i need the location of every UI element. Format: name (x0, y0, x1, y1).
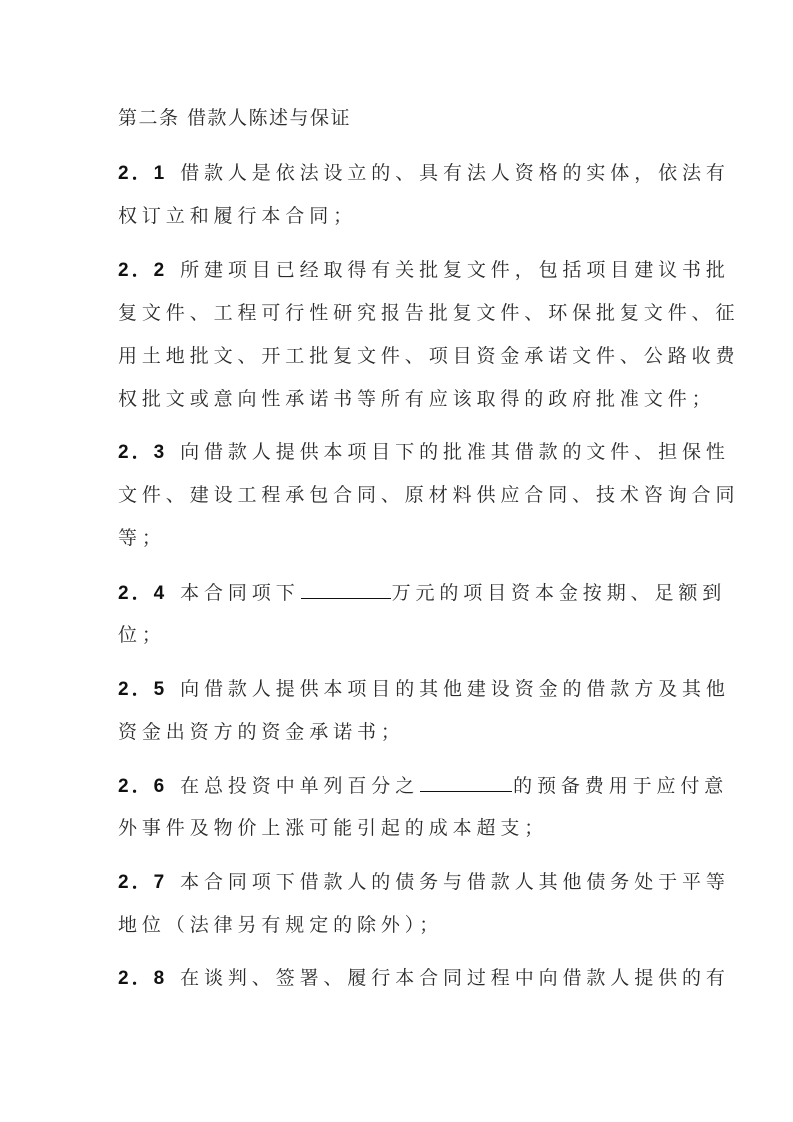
clause-2-2-line-3: 用土地批文、开工批复文件、项目资金承诺文件、公路收费 (118, 344, 678, 368)
clause-number: 2．4 (118, 583, 167, 604)
clause-2-5-line-1: 2．5 向借款人提供本项目的其他建设资金的借款方及其他 (118, 677, 678, 702)
clause-2-2-line-2: 复文件、工程可行性研究报告批复文件、环保批复文件、征 (118, 301, 678, 325)
clause-number: 2．8 (118, 968, 167, 989)
clause-2-4-line-2: 位； (118, 623, 678, 647)
clause-number: 2．3 (118, 442, 167, 463)
clause-number: 2．1 (118, 163, 167, 184)
clause-2-1-line-1: 2．1 借款人是依法设立的、具有法人资格的实体，依法有 (118, 161, 678, 186)
percentage-blank-field[interactable] (420, 773, 512, 792)
clause-2-2-line-4: 权批文或意向性承诺书等所有应该取得的政府批准文件； (118, 387, 678, 411)
clause-text: 的预备费用于应付意 (513, 775, 728, 797)
document-page: 第二条 借款人陈述与保证 2．1 借款人是依法设立的、具有法人资格的实体，依法有… (0, 0, 793, 1122)
clause-text: 所建项目已经取得有关批复文件，包括项目建议书批 (180, 259, 730, 281)
section-heading: 第二条 借款人陈述与保证 (118, 106, 678, 130)
clause-2-2-line-1: 2．2 所建项目已经取得有关批复文件，包括项目建议书批 (118, 258, 678, 283)
clause-2-3-line-3: 等； (118, 526, 678, 550)
clause-2-6-line-2: 外事件及物价上涨可能引起的成本超支； (118, 816, 678, 840)
clause-text: 向借款人提供本项目下的批准其借款的文件、担保性 (180, 441, 730, 463)
clause-text: 在谈判、签署、履行本合同过程中向借款人提供的有 (180, 967, 730, 989)
clause-text: 万元的项目资本金按期、足额到 (392, 582, 727, 604)
clause-2-4-line-1: 2．4 本合同项下万元的项目资本金按期、足额到 (118, 580, 678, 606)
clause-text: 借款人是依法设立的、具有法人资格的实体，依法有 (180, 162, 730, 184)
clause-2-1-line-2: 权订立和履行本合同； (118, 204, 678, 228)
clause-2-3-line-1: 2．3 向借款人提供本项目下的批准其借款的文件、担保性 (118, 440, 678, 465)
clause-number: 2．5 (118, 679, 167, 700)
clause-text: 本合同项下借款人的债务与借款人其他债务处于平等 (180, 871, 730, 893)
clause-2-7-line-1: 2．7 本合同项下借款人的债务与借款人其他债务处于平等 (118, 870, 678, 895)
clause-text: 在总投资中单列百分之 (180, 775, 419, 797)
clause-number: 2．2 (118, 260, 167, 281)
clause-text: 本合同项下 (180, 582, 300, 604)
clause-2-7-line-2: 地位（法律另有规定的除外）； (118, 913, 678, 937)
clause-2-8-line-1: 2．8 在谈判、签署、履行本合同过程中向借款人提供的有 (118, 966, 678, 991)
clause-2-6-line-1: 2．6 在总投资中单列百分之的预备费用于应付意 (118, 773, 678, 799)
clause-2-3-line-2: 文件、建设工程承包合同、原材料供应合同、技术咨询合同 (118, 483, 678, 507)
clause-number: 2．6 (118, 776, 167, 797)
amount-blank-field[interactable] (301, 580, 391, 599)
clause-2-5-line-2: 资金出资方的资金承诺书； (118, 720, 678, 744)
clause-number: 2．7 (118, 872, 167, 893)
clause-text: 向借款人提供本项目的其他建设资金的借款方及其他 (180, 678, 730, 700)
